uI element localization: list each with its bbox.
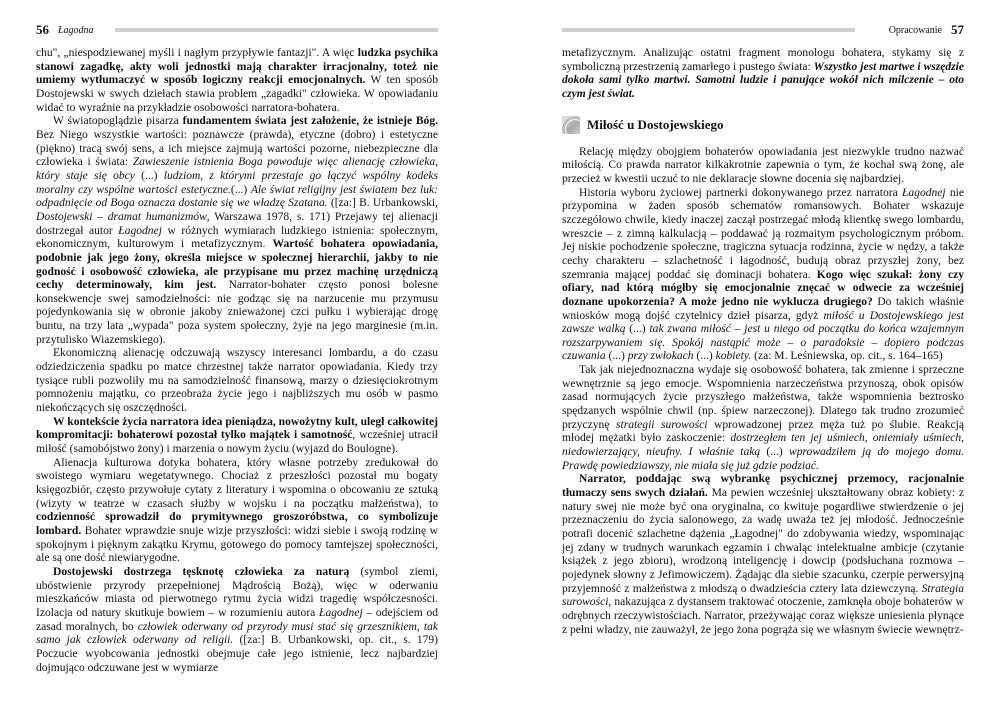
paragraph: Dostojewski dostrzega tęsknotę człowieka… [36,566,438,675]
paragraph: Alienacja kulturowa dotyka bohatera, któ… [36,457,438,566]
running-title: Opracowanie [889,25,942,36]
running-title: Łagodna [58,25,94,36]
section-ornament-icon [562,116,580,134]
section-heading: Miłość u Dostojewskiego [562,114,964,136]
page-number: 56 [36,22,49,38]
section-title: Miłość u Dostojewskiego [587,118,724,132]
paragraph: Relację między obojgiem bohaterów opowia… [562,146,964,187]
body-text-left: chu", „niespodziewanej myśli i nagłym pr… [36,47,438,675]
header-rule [115,28,438,32]
running-head-right: Opracowanie 57 [562,22,964,38]
header-rule [562,28,855,32]
left-page: 56 Łagodna chu", „niespodziewanej myśli … [0,0,500,712]
section-body: Relację między obojgiem bohaterów opowia… [562,146,964,638]
paragraph: Narrator, poddając swą wybrankę psychicz… [562,473,964,637]
body-text-right: metafizycznym. Analizując ostatni fragme… [562,47,964,637]
paragraph: Historia wyboru życiowej partnerki dokon… [562,187,964,365]
running-head-left: 56 Łagodna [36,22,438,38]
right-page: Opracowanie 57 metafizycznym. Analizując… [500,0,1000,712]
page-number: 57 [951,22,964,38]
paragraph: Tak jak niejednoznaczna wydaje się osobo… [562,364,964,473]
intro-paragraph: metafizycznym. Analizując ostatni fragme… [562,47,964,102]
paragraph: Ekonomiczną alienację odczuwają wszyscy … [36,347,438,415]
paragraph: metafizycznym. Analizując ostatni fragme… [562,47,964,102]
paragraph: W światopoglądzie pisarza fundamentem św… [36,115,438,347]
paragraph: chu", „niespodziewanej myśli i nagłym pr… [36,47,438,115]
paragraph: W kontekście życia narratora idea pienią… [36,416,438,457]
